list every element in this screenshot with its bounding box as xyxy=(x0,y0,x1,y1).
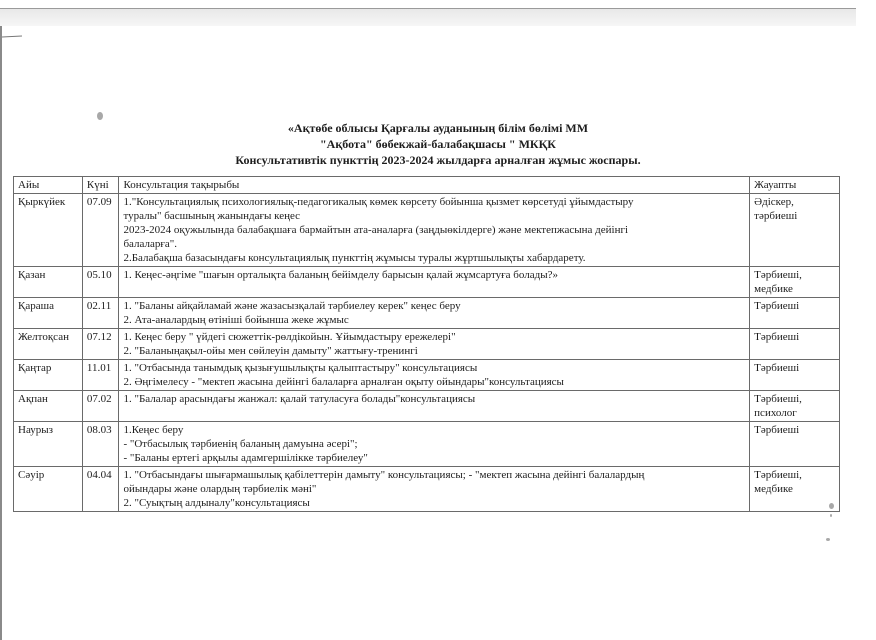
topic-line: 1. "Отбасындағы шығармашылық қабілеттері… xyxy=(123,468,745,482)
cell-day: 04.04 xyxy=(82,467,119,512)
cell-topic: 1. "Отбасындағы шығармашылық қабілеттері… xyxy=(119,467,750,512)
cell-day: 07.12 xyxy=(82,329,119,360)
cell-topic: 1. "Балалар арасындағы жанжал: қалай тат… xyxy=(119,391,750,422)
topic-line: 2023-2024 оқужылында балабақшаға бармайт… xyxy=(123,223,745,237)
table-row: Сәуір04.04 1. "Отбасындағы шығармашылық … xyxy=(14,467,840,512)
table-row: Желтоқсан07.121. Кеңес беру " үйдегі сюж… xyxy=(14,329,840,360)
topic-line: 1. Кеңес-әңгіме "шағын орталықта баланың… xyxy=(123,268,745,282)
cell-month: Қыркүйек xyxy=(14,194,83,267)
cell-topic: 1.Кеңес беру - "Отбасылық тәрбиенің бала… xyxy=(119,422,750,467)
cell-topic: 1. Кеңес беру " үйдегі сюжеттік-рөлдікой… xyxy=(119,329,750,360)
cell-month: Наурыз xyxy=(14,422,83,467)
scan-corner-mark xyxy=(2,35,22,37)
table-row: Ақпан07.02 1. "Балалар арасындағы жанжал… xyxy=(14,391,840,422)
topic-line: - "Баланы ертегі арқылы адамгершілікке т… xyxy=(123,451,745,465)
topic-line: 2. Ата-аналардың өтініші бойынша жеке жұ… xyxy=(123,313,745,327)
topic-line: - "Отбасылық тәрбиенің баланың дамуына ә… xyxy=(123,437,745,451)
cell-month: Ақпан xyxy=(14,391,83,422)
cell-responsible: Әдіскер, тәрбиеші xyxy=(750,194,840,267)
cell-topic: 1. "Отбасында танымдық қызығушылықты қал… xyxy=(119,360,750,391)
cell-topic: 1. "Баланы айқайламай және жазасызқалай … xyxy=(119,298,750,329)
cell-topic: 1. Кеңес-әңгіме "шағын орталықта баланың… xyxy=(119,267,750,298)
document-header: «Ақтөбе облысы Қарғалы ауданының білім б… xyxy=(0,120,876,168)
cell-responsible: Тәрбиеші, психолог xyxy=(750,391,840,422)
cell-responsible: Тәрбиеші, медбике xyxy=(750,267,840,298)
scan-left-edge xyxy=(0,26,2,640)
scan-speck xyxy=(97,112,103,120)
cell-month: Желтоқсан xyxy=(14,329,83,360)
topic-line: ойындары және олардың тәрбиелік мәні" xyxy=(123,482,745,496)
scan-speck xyxy=(830,514,832,517)
cell-day: 02.11 xyxy=(82,298,119,329)
cell-month: Сәуір xyxy=(14,467,83,512)
cell-day: 11.01 xyxy=(82,360,119,391)
cell-month: Қараша xyxy=(14,298,83,329)
topic-line: 1."Консультациялық психологиялық-педагог… xyxy=(123,195,745,209)
table-row: Наурыз08.03 1.Кеңес беру - "Отбасылық тә… xyxy=(14,422,840,467)
scan-top-edge xyxy=(0,0,856,9)
header-line-plan-title: Консультативтік пункттің 2023-2024 жылда… xyxy=(0,152,876,168)
cell-responsible: Тәрбиеші xyxy=(750,329,840,360)
table-row: Қараша02.111. "Баланы айқайламай және жа… xyxy=(14,298,840,329)
topic-line: 2. "Суықтың алдыналу"консультациясы xyxy=(123,496,745,510)
cell-day: 05.10 xyxy=(82,267,119,298)
header-line-organization: «Ақтөбе облысы Қарғалы ауданының білім б… xyxy=(0,120,876,136)
table-row: Қазан05.10 1. Кеңес-әңгіме "шағын орталы… xyxy=(14,267,840,298)
topic-line: 1. "Баланы айқайламай және жазасызқалай … xyxy=(123,299,745,313)
table-row: Қыркүйек07.091."Консультациялық психолог… xyxy=(14,194,840,267)
cell-responsible: Тәрбиеші xyxy=(750,360,840,391)
topic-line: 2.Балабақша базасындағы консультациялық … xyxy=(123,251,745,265)
topic-line: туралы" басшының жанындағы кеңес xyxy=(123,209,745,223)
column-header-topic: Консультация тақырыбы xyxy=(119,177,750,194)
cell-responsible: Тәрбиеші, медбике xyxy=(750,467,840,512)
cell-day: 07.09 xyxy=(82,194,119,267)
topic-line: 2. Әңгімелесу - "мектеп жасына дейінгі б… xyxy=(123,375,745,389)
column-header-month: Айы xyxy=(14,177,83,194)
cell-month: Қаңтар xyxy=(14,360,83,391)
column-header-responsible: Жауапты xyxy=(750,177,840,194)
topic-line: 2. "Баланыңақыл-ойы мен сөйлеуін дамыту"… xyxy=(123,344,745,358)
topic-line: 1.Кеңес беру xyxy=(123,423,745,437)
topic-line: балаларға". xyxy=(123,237,745,251)
consultation-plan-table: Айы Күні Консультация тақырыбы Жауапты Қ… xyxy=(13,176,840,512)
topic-line: 1. Кеңес беру " үйдегі сюжеттік-рөлдікой… xyxy=(123,330,745,344)
table-header-row: Айы Күні Консультация тақырыбы Жауапты xyxy=(14,177,840,194)
cell-day: 07.02 xyxy=(82,391,119,422)
cell-topic: 1."Консультациялық психологиялық-педагог… xyxy=(119,194,750,267)
cell-responsible: Тәрбиеші xyxy=(750,298,840,329)
topic-line: 1. "Балалар арасындағы жанжал: қалай тат… xyxy=(123,392,745,406)
header-line-kindergarten: "Ақбота" бөбекжай-балабақшасы " МКҚК xyxy=(0,136,876,152)
scan-shadow-band xyxy=(0,9,856,26)
topic-line: 1. "Отбасында танымдық қызығушылықты қал… xyxy=(123,361,745,375)
column-header-day: Күні xyxy=(82,177,119,194)
cell-responsible: Тәрбиеші xyxy=(750,422,840,467)
table-row: Қаңтар11.011. "Отбасында танымдық қызығу… xyxy=(14,360,840,391)
scan-speck xyxy=(826,538,830,541)
cell-month: Қазан xyxy=(14,267,83,298)
cell-day: 08.03 xyxy=(82,422,119,467)
